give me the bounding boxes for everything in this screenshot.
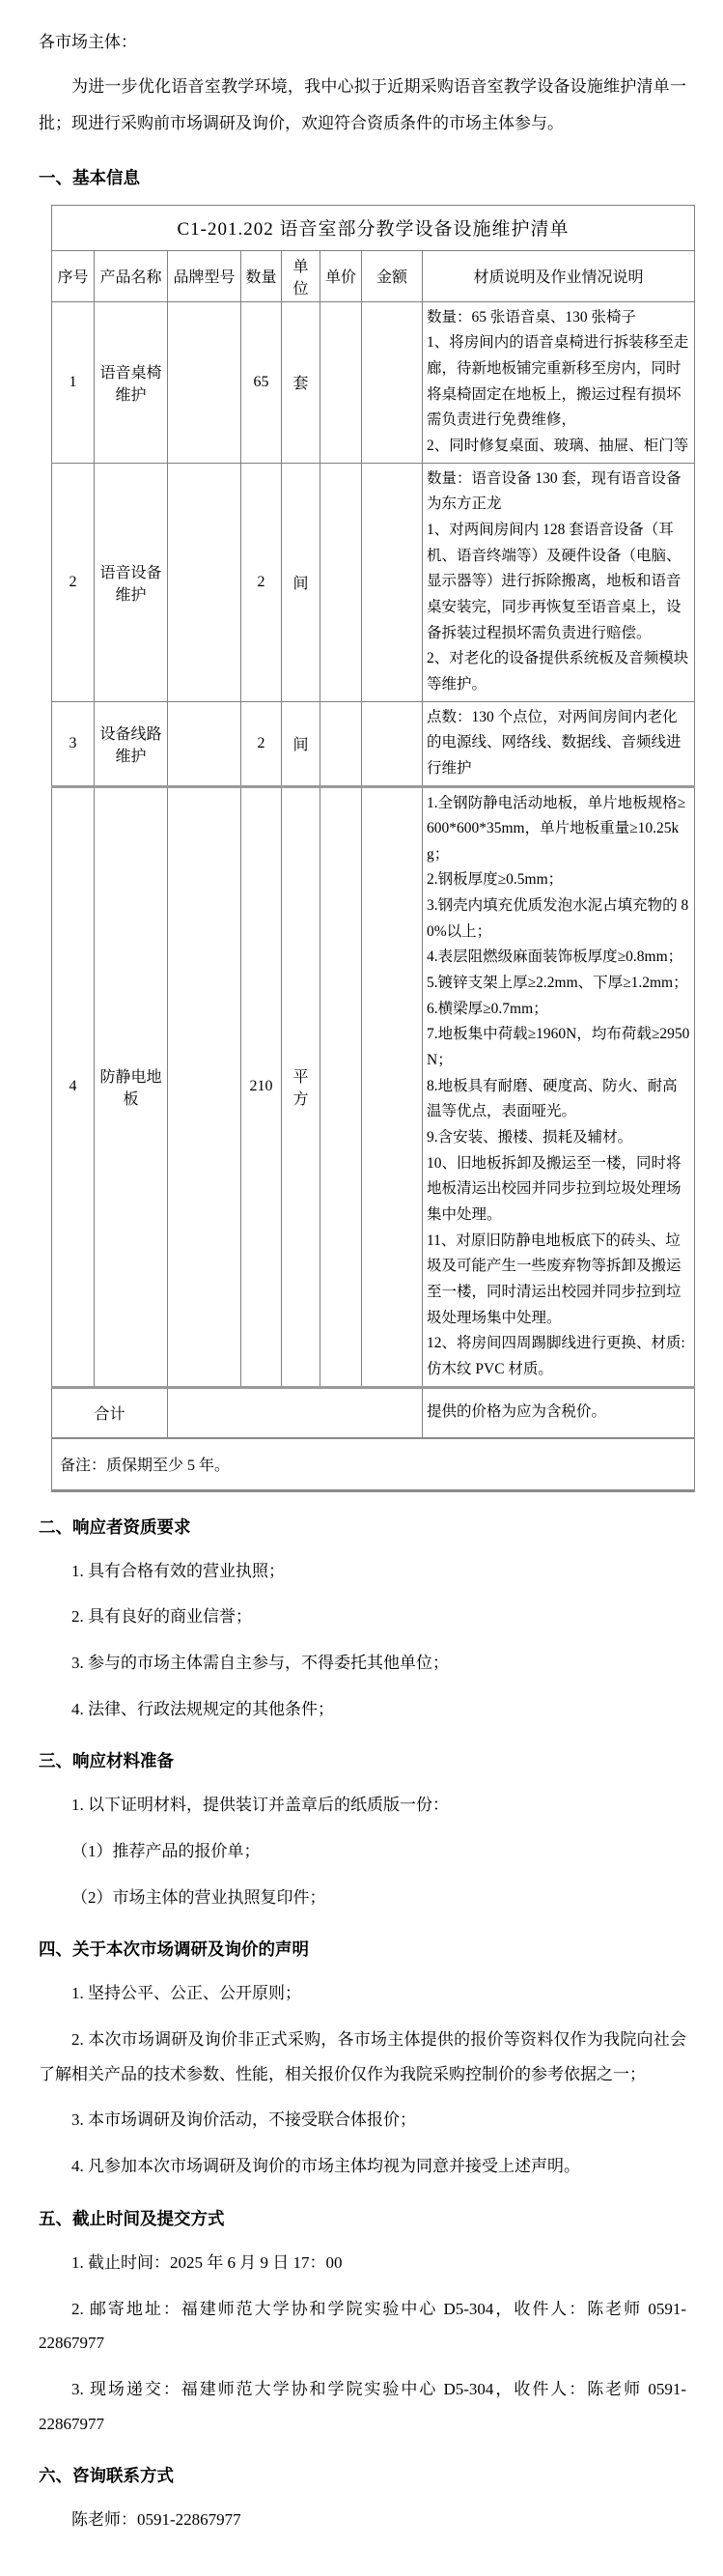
document: { "page": { "salutation": "各市场主体：", "int… — [0, 0, 723, 2576]
quantity-cell: 65 — [241, 301, 282, 463]
material-item: （1）推荐产品的报价单； — [39, 1834, 686, 1869]
statement-item: 4. 凡参加本次市场调研及询价的市场主体均视为同意并接受上述声明。 — [39, 2149, 686, 2184]
brand-cell — [168, 301, 241, 463]
table-row: 2 语音设备维护 2 间 数量：语音设备 130 套，现有语音设备为东方正龙 1… — [52, 463, 695, 701]
qualification-item: 1. 具有合格有效的营业执照； — [39, 1554, 686, 1589]
section-heading-basic-info: 一、基本信息 — [39, 164, 686, 191]
unit-price-cell — [320, 463, 362, 701]
product-name-cell: 语音设备维护 — [95, 463, 168, 701]
material-item: 1. 以下证明材料，提供装订并盖章后的纸质版一份： — [39, 1788, 686, 1823]
salutation: 各市场主体： — [39, 29, 686, 55]
statement-item: 2. 本次市场调研及询价非正式采购，各市场主体提供的报价等资料仅作为我院向社会了… — [39, 2023, 686, 2091]
section-heading-contact: 六、咨询联系方式 — [39, 2462, 686, 2489]
col-header-amount: 金额 — [362, 250, 423, 301]
brand-cell — [168, 786, 241, 1387]
unit-cell: 间 — [282, 463, 320, 701]
quantity-cell: 2 — [241, 701, 282, 786]
unit-price-cell — [320, 786, 362, 1387]
unit-cell: 套 — [282, 301, 320, 463]
row-number-cell: 2 — [52, 463, 95, 701]
table-title-row: C1-201.202 语音室部分教学设备设施维护清单 — [52, 205, 695, 250]
contact-info: 陈老师：0591-22867977 — [39, 2503, 686, 2537]
qualification-item: 2. 具有良好的商业信誉； — [39, 1599, 686, 1634]
amount-cell — [362, 786, 423, 1387]
total-blank-cell — [168, 1387, 423, 1438]
amount-cell — [362, 301, 423, 463]
description-cell: 数量：语音设备 130 套，现有语音设备为东方正龙 1、对两间房间内 128 套… — [423, 463, 695, 701]
table-total-row: 合计 提供的价格为应为含税价。 — [52, 1387, 695, 1438]
unit-price-cell — [320, 701, 362, 786]
row-number-cell: 3 — [52, 701, 95, 786]
maintenance-table: C1-201.202 语音室部分教学设备设施维护清单 序号 产品名称 品牌型号 … — [51, 205, 695, 1492]
brand-cell — [168, 701, 241, 786]
brand-cell — [168, 463, 241, 701]
section-heading-deadline: 五、截止时间及提交方式 — [39, 2205, 686, 2232]
section-heading-statement: 四、关于本次市场调研及询价的声明 — [39, 1936, 686, 1963]
deadline-item: 3. 现场递交：福建师范大学协和学院实验中心 D5-304，收件人：陈老师 05… — [39, 2372, 686, 2441]
quantity-cell: 2 — [241, 463, 282, 701]
table-row: 4 防静电地板 210 平方 1.全钢防静电活动地板，单片地板规格≥600*60… — [52, 786, 695, 1387]
product-name-cell: 设备线路维护 — [95, 701, 168, 786]
statement-item: 1. 坚持公平、公正、公开原则； — [39, 1976, 686, 2011]
table-header-row: 序号 产品名称 品牌型号 数量 单位 单价 金额 材质说明及作业情况说明 — [52, 250, 695, 301]
description-cell: 点数：130 个点位，对两间房间内老化的电源线、网络线、数据线、音频线进行维护 — [423, 701, 695, 786]
table-title: C1-201.202 语音室部分教学设备设施维护清单 — [52, 205, 695, 250]
deadline-item: 2. 邮寄地址：福建师范大学协和学院实验中心 D5-304，收件人：陈老师 05… — [39, 2292, 686, 2361]
deadline-item: 1. 截止时间：2025 年 6 月 9 日 17：00 — [39, 2246, 686, 2280]
qualification-item: 3. 参与的市场主体需自主参与，不得委托其他单位； — [39, 1646, 686, 1681]
col-header-brand-model: 品牌型号 — [168, 250, 241, 301]
product-name-cell: 语音桌椅维护 — [95, 301, 168, 463]
col-header-unit: 单位 — [282, 250, 320, 301]
row-number-cell: 4 — [52, 786, 95, 1387]
section-heading-qualifications: 二、响应者资质要求 — [39, 1514, 686, 1541]
unit-price-cell — [320, 301, 362, 463]
col-header-description: 材质说明及作业情况说明 — [423, 250, 695, 301]
statement-item: 3. 本市场调研及询价活动，不接受联合体报价； — [39, 2103, 686, 2137]
product-name-cell: 防静电地板 — [95, 786, 168, 1387]
unit-cell: 平方 — [282, 786, 320, 1387]
amount-cell — [362, 463, 423, 701]
quantity-cell: 210 — [241, 786, 282, 1387]
table-row: 3 设备线路维护 2 间 点数：130 个点位，对两间房间内老化的电源线、网络线… — [52, 701, 695, 786]
description-cell: 1.全钢防静电活动地板，单片地板规格≥600*600*35mm，单片地板重量≥1… — [423, 786, 695, 1387]
qualification-item: 4. 法律、行政法规规定的其他条件； — [39, 1692, 686, 1727]
table-row: 1 语音桌椅维护 65 套 数量：65 张语音桌、130 张椅子 1、将房间内的… — [52, 301, 695, 463]
table-remark-row: 备注：质保期至少 5 年。 — [52, 1438, 695, 1491]
total-label-cell: 合计 — [52, 1387, 168, 1438]
intro-paragraph: 为进一步优化语音室教学环境，我中心拟于近期采购语音室教学设备设施维护清单一批；现… — [39, 69, 686, 143]
row-number-cell: 1 — [52, 301, 95, 463]
col-header-no: 序号 — [52, 250, 95, 301]
material-item: （2）市场主体的营业执照复印件； — [39, 1881, 686, 1915]
amount-cell — [362, 701, 423, 786]
section-heading-materials: 三、响应材料准备 — [39, 1747, 686, 1774]
total-description-cell: 提供的价格为应为含税价。 — [423, 1387, 695, 1438]
remark-cell: 备注：质保期至少 5 年。 — [52, 1438, 695, 1491]
col-header-quantity: 数量 — [241, 250, 282, 301]
description-cell: 数量：65 张语音桌、130 张椅子 1、将房间内的语音桌椅进行拆装移至走廊，待… — [423, 301, 695, 463]
col-header-product-name: 产品名称 — [95, 250, 168, 301]
col-header-unit-price: 单价 — [320, 250, 362, 301]
unit-cell: 间 — [282, 701, 320, 786]
